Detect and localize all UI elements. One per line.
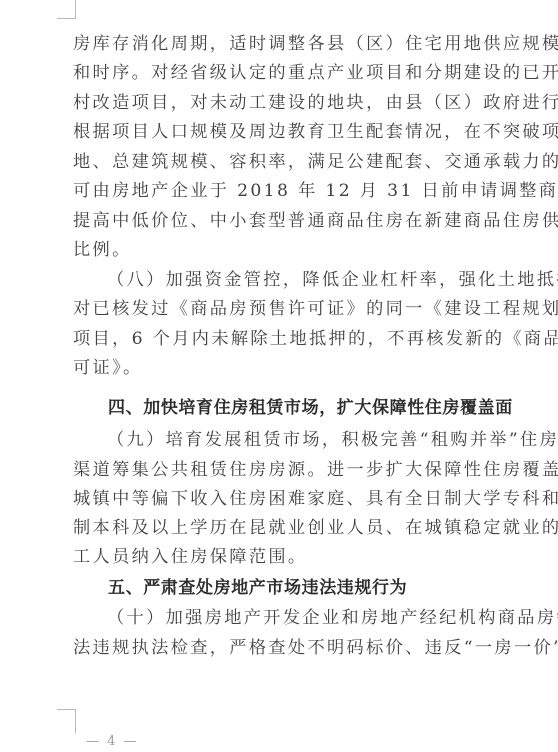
paragraph-line: 法违规执法检查，严格查处不明码标价、违反“一房一价”规定、实 (73, 638, 558, 658)
paragraph-line: 对已核发过《商品房预售许可证》的同一《建设工程规划许可证》 (73, 299, 558, 319)
paragraph-line: 工人员纳入住房保障范围。 (73, 547, 307, 567)
paragraph-10-start: （十）加强房地产开发企业和房地产经纪机构商品房销售违 (107, 608, 558, 628)
page-number: — 4 — (86, 734, 139, 749)
paragraph-line: 房库存消化周期，适时调整各县（区）住宅用地供应规模、结构 (73, 34, 558, 54)
paragraph-line: 城镇中等偏下收入住房困难家庭、具有全日制大学专科和非全日 (73, 489, 558, 509)
paragraph-line: 渠道筹集公共租赁住房房源。进一步扩大保障性住房覆盖面，将 (73, 460, 558, 480)
paragraph-line: 可证》。 (73, 358, 143, 378)
paragraph-line: 可由房地产企业于 2018 年 12 月 31 日前申请调整商住比例。切实 (73, 181, 558, 201)
bottom-crop-mark (57, 709, 76, 733)
paragraph-line: 提高中低价位、中小套型普通商品住房在新建商品住房供应中的 (73, 211, 558, 231)
paragraph-line: 项目，6 个月内未解除土地抵押的，不再核发新的《商品房预售许 (73, 329, 558, 349)
paragraph-9-start: （九）培育发展租赁市场，积极完善“租购并举”住房制度，多 (107, 430, 558, 450)
paragraph-line: 地、总建筑规模、容积率，满足公建配套、交通承载力的前提下， (73, 152, 558, 172)
top-crop-mark (57, 0, 76, 19)
paragraph-line: 和时序。对经省级认定的重点产业项目和分期建设的已开工城中 (73, 63, 558, 83)
paragraph-line: 村改造项目，对未动工建设的地块，由县（区）政府进行研究， (73, 93, 558, 113)
document-page: 房库存消化周期，适时调整各县（区）住宅用地供应规模、结构 和时序。对经省级认定的… (0, 0, 558, 752)
paragraph-8-start: （八）加强资金管控，降低企业杠杆率，强化土地抵押管理。 (107, 270, 558, 290)
paragraph-line: 比例。 (73, 240, 132, 260)
paragraph-line: 根据项目人口规模及周边教育卫生配套情况，在不突破项目总用 (73, 122, 558, 142)
section-heading-4: 四、加快培育住房租赁市场，扩大保障性住房覆盖面 (108, 398, 513, 418)
section-heading-5: 五、严肃查处房地产市场违法违规行为 (108, 578, 407, 598)
paragraph-line: 制本科及以上学历在昆就业创业人员、在城镇稳定就业的外来务 (73, 518, 558, 538)
